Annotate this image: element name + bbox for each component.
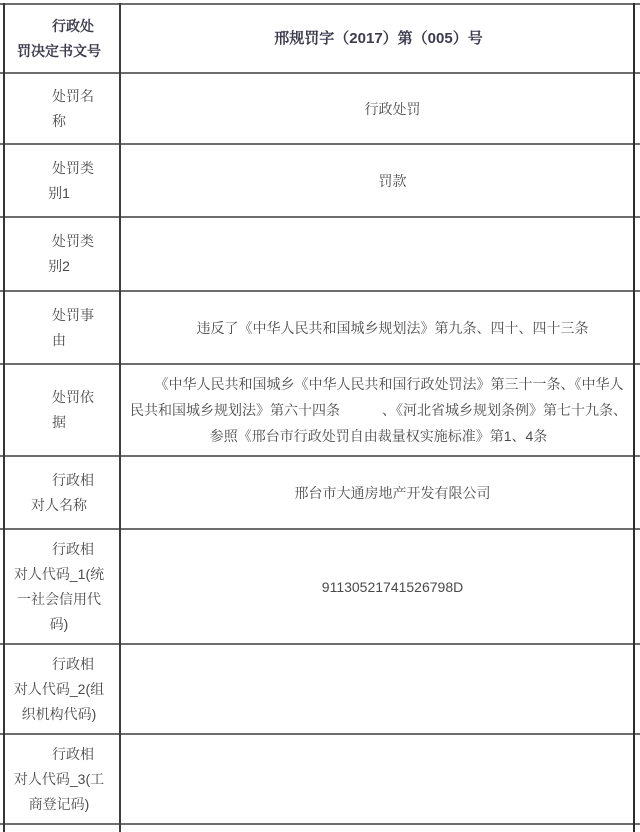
row-counterpart-code-3: 行政相 对人代码_3(工 商登记码)	[0, 735, 640, 825]
row-value: 罚款	[117, 168, 640, 194]
row-partial-cutoff	[0, 825, 640, 832]
row-label: 处罚依 据	[0, 385, 117, 435]
table-column-divider-line	[119, 3, 121, 832]
penalty-info-table: 行政处 罚决定书文号 邢规罚字（2017）第（005）号 处罚名 称 行政处罚 …	[0, 3, 640, 832]
row-penalty-basis: 处罚依 据 《中华人民共和国城乡《中华人民共和国行政处罚法》第三十一条、《中华人…	[0, 365, 640, 457]
row-penalty-category-2: 处罚类 别2	[0, 218, 640, 292]
row-penalty-category-1: 处罚类 别1 罚款	[0, 145, 640, 218]
row-label: 行政相 对人名称	[0, 468, 117, 518]
row-penalty-name: 处罚名 称 行政处罚	[0, 74, 640, 145]
row-label: 处罚类 别2	[0, 229, 117, 279]
row-label: 处罚类 别1	[0, 156, 117, 206]
row-value: 邢规罚字（2017）第（005）号	[117, 26, 640, 52]
row-counterpart-name: 行政相 对人名称 邢台市大通房地产开发有限公司	[0, 457, 640, 530]
row-label: 行政相 对人代码_3(工 商登记码)	[0, 742, 117, 817]
row-value: 《中华人民共和国城乡《中华人民共和国行政处罚法》第三十一条、《中华人民共和国城乡…	[117, 371, 640, 449]
row-label: 处罚名 称	[0, 84, 117, 134]
row-label: 行政相 对人代码_1(统 一社会信用代 码)	[0, 537, 117, 637]
row-value: 违反了《中华人民共和国城乡规划法》第九条、四十、四十三条	[117, 315, 640, 341]
row-penalty-decision-number: 行政处 罚决定书文号 邢规罚字（2017）第（005）号	[0, 5, 640, 74]
table-right-border-line	[633, 3, 635, 832]
row-value: 行政处罚	[117, 96, 640, 122]
table-left-border-line	[3, 3, 5, 832]
row-value: 邢台市大通房地产开发有限公司	[117, 480, 640, 506]
row-label: 行政相 对人代码_2(组 织机构代码)	[0, 652, 117, 727]
row-penalty-reason: 处罚事 由 违反了《中华人民共和国城乡规划法》第九条、四十、四十三条	[0, 292, 640, 365]
row-counterpart-code-2: 行政相 对人代码_2(组 织机构代码)	[0, 645, 640, 735]
row-label: 行政处 罚决定书文号	[0, 14, 117, 64]
row-counterpart-code-1: 行政相 对人代码_1(统 一社会信用代 码) 91130521741526798…	[0, 530, 640, 645]
row-value: 91130521741526798D	[117, 574, 640, 600]
row-label: 处罚事 由	[0, 303, 117, 353]
